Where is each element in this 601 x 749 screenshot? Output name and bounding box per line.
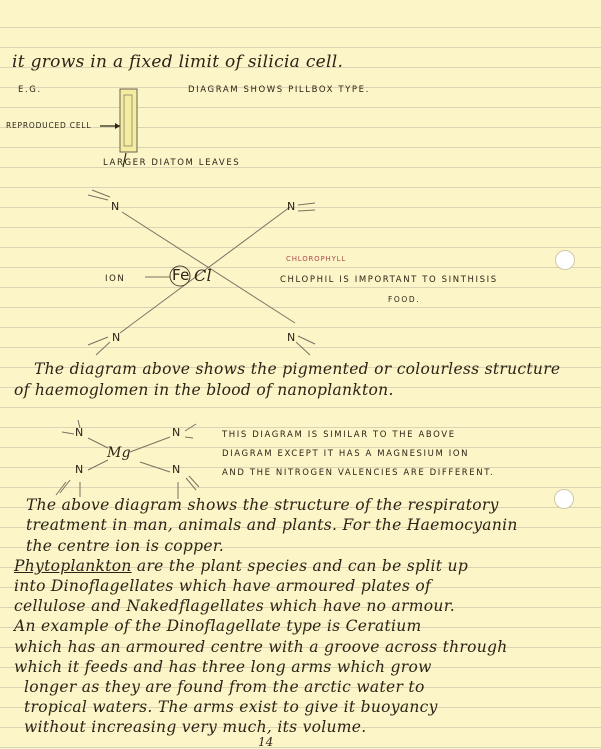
paragraph-line: cellulose and Nakedflagellates which hav… [14,597,455,615]
nitrogen-label: N [75,463,85,476]
nitrogen-label: N [75,426,85,439]
nitrogen-label: N [172,463,182,476]
text-line: it grows in a fixed limit of silicia cel… [12,52,343,72]
paragraph-line-rest: are the plant species and can be split u… [132,557,468,575]
larger-diatom-label: LARGER DIATOM LEAVES [103,158,240,168]
paragraph-line: longer as they are found from the arctic… [24,678,425,696]
nitrogen-label: N [111,200,121,213]
paragraph-line: Phytoplankton are the plant species and … [14,557,468,575]
ion-label: ION [105,274,125,284]
paragraph-line: which has an armoured centre with a groo… [14,638,508,656]
nitrogen-label: N [112,331,122,344]
paragraph-line: into Dinoflagellates which have armoured… [14,577,431,595]
nitrogen-label: N [172,426,182,439]
chlorophyll-annotation: CHLOROPHYLL [286,255,346,263]
phytoplankton-term: Phytoplankton [14,557,132,575]
paragraph-line: An example of the Dinoflagellate type is… [14,617,422,635]
fe-symbol: Fe [172,266,190,284]
mg-symbol: Mg [107,445,131,461]
paragraph-line: treatment in man, animals and plants. Fo… [26,516,518,534]
paragraph-line: of haemoglomen in the blood of nanoplank… [14,381,394,399]
chlophil-text: CHLOPHIL IS IMPORTANT TO SINTHISIS [280,275,498,285]
nitrogen-label: N [287,200,297,213]
cl-symbol: Cl [194,266,212,285]
paragraph-line: The above diagram shows the structure of… [26,496,499,514]
paragraph-line: tropical waters. The arms exist to give … [24,698,438,716]
eg-label: E.G. [18,85,42,95]
reproduced-cell-label: REPRODUCED CELL [6,121,91,130]
page-number: 14 [258,735,273,749]
nitrogen-label: N [287,331,297,344]
notebook-page: it grows in a fixed limit of silicia cel… [0,0,601,749]
mg-description: THIS DIAGRAM IS SIMILAR TO THE ABOVE [222,430,456,440]
diagram-caption: DIAGRAM SHOWS PILLBOX TYPE. [188,85,370,95]
paragraph-line: The diagram above shows the pigmented or… [34,360,560,378]
chlophil-text: FOOD. [388,295,420,304]
paragraph-line: the centre ion is copper. [26,537,224,555]
mg-description: DIAGRAM EXCEPT IT HAS A MAGNESIUM ION [222,449,469,459]
paragraph-line: which it feeds and has three long arms w… [14,658,432,676]
mg-description: AND THE NITROGEN VALENCIES ARE DIFFERENT… [222,468,494,478]
paragraph-line: without increasing very much, its volume… [24,718,367,736]
